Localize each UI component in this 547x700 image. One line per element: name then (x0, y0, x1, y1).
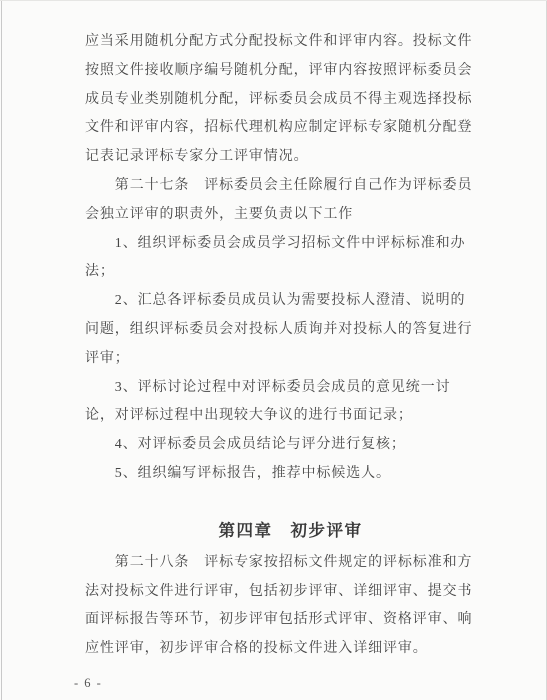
paragraph-article-27: 第二十七条 评标委员会主任除履行自己作为评标委员 会独立评审的职责外，主要负责以… (85, 172, 472, 230)
text-line: 2、汇总各评标委员成员认为需要投标人澄清、说明的 (85, 287, 472, 316)
text-block: 应当采用随机分配方式分配投标文件和评审内容。投标文件 按照文件接收顺序编号随机分… (85, 28, 472, 664)
text-line: 问题，组织评标委员会对投标人质询并对投标人的答复进行 (85, 316, 472, 345)
scan-edge-top (0, 0, 547, 1)
text-line: 应当采用随机分配方式分配投标文件和评审内容。投标文件 (85, 28, 472, 57)
text-line: 记表记录评标专家分工评审情况。 (85, 143, 472, 172)
text-line: 第二十八条 评标专家按招标文件规定的评标标准和方 (85, 549, 472, 578)
text-line: 应性评审，初步评审合格的投标文件进入详细评审。 (85, 635, 472, 664)
text-line: 第二十七条 评标委员会主任除履行自己作为评标委员 (85, 172, 472, 201)
text-line: 成员专业类别随机分配，评标委员会成员不得主观选择投标 (85, 86, 472, 115)
text-line: 4、对评标委员会成员结论与评分进行复核； (85, 431, 472, 460)
text-line: 法； (85, 258, 472, 287)
text-line: 1、组织评标委员会成员学习招标文件中评标标准和办 (85, 230, 472, 259)
paragraph-article-28: 第二十八条 评标专家按招标文件规定的评标标准和方 法对投标文件进行评审，包括初步… (85, 549, 472, 664)
paragraph-item-4: 4、对评标委员会成员结论与评分进行复核； (85, 431, 472, 460)
paragraph-item-3: 3、评标讨论过程中对评标委员会成员的意见统一讨 论，对评标过程中出现较大争议的进… (85, 374, 472, 432)
text-line: 3、评标讨论过程中对评标委员会成员的意见统一讨 (85, 374, 472, 403)
text-line: 5、组织编写评标报告，推荐中标候选人。 (85, 460, 472, 489)
paragraph-item-2: 2、汇总各评标委员成员认为需要投标人澄清、说明的 问题，组织评标委员会对投标人质… (85, 287, 472, 373)
text-line: 文件和评审内容，招标代理机构应制定评标专家随机分配登 (85, 114, 472, 143)
text-line: 面评标报告等环节，初步评审包括形式评审、资格评审、响 (85, 606, 472, 635)
text-line: 论，对评标过程中出现较大争议的进行书面记录； (85, 402, 472, 431)
text-line: 评审； (85, 345, 472, 374)
text-line: 按照文件接收顺序编号随机分配，评审内容按照评标委员会 (85, 57, 472, 86)
text-line: 法对投标文件进行评审，包括初步评审、详细评审、提交书 (85, 578, 472, 607)
paragraph-continuation: 应当采用随机分配方式分配投标文件和评审内容。投标文件 按照文件接收顺序编号随机分… (85, 28, 472, 172)
paragraph-item-1: 1、组织评标委员会成员学习招标文件中评标标准和办 法； (85, 230, 472, 288)
paragraph-item-5: 5、组织编写评标报告，推荐中标候选人。 (85, 460, 472, 489)
document-page: 应当采用随机分配方式分配投标文件和评审内容。投标文件 按照文件接收顺序编号随机分… (0, 0, 547, 700)
scan-edge-left (1, 0, 2, 700)
chapter-heading: 第四章 初步评审 (109, 517, 472, 545)
page-number: - 6 - (74, 676, 102, 691)
text-line: 会独立评审的职责外，主要负责以下工作 (85, 201, 472, 230)
